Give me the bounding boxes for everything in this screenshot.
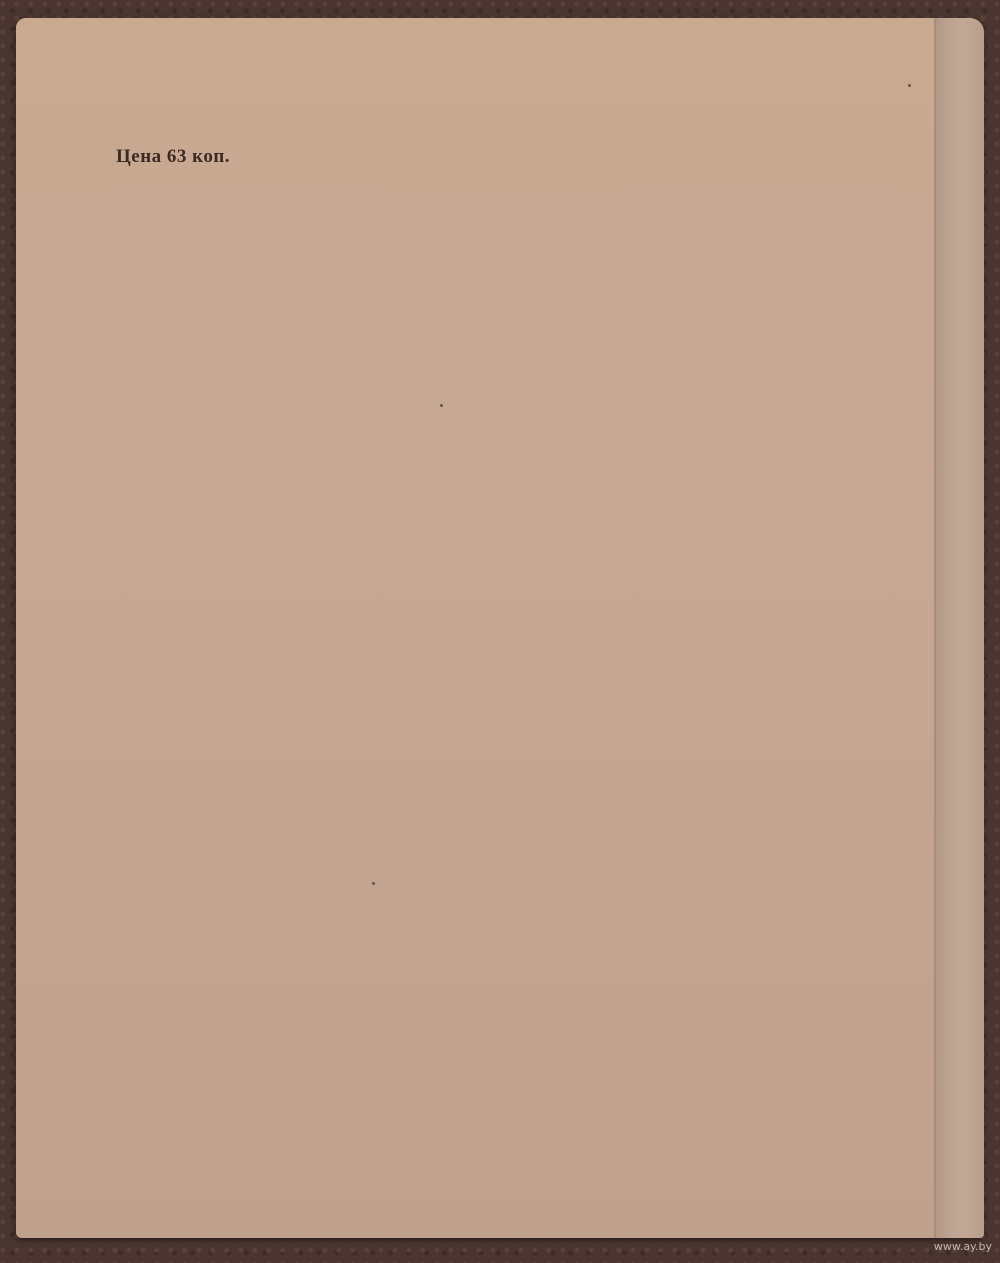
book-back-cover: Цена 63 коп.: [16, 18, 982, 1238]
speck: [372, 882, 375, 885]
cover-board: Цена 63 коп.: [16, 18, 934, 1238]
speck: [908, 84, 911, 87]
book-spine: [934, 18, 984, 1238]
watermark: www.ay.by: [934, 1240, 992, 1253]
price-label: Цена 63 коп.: [116, 146, 230, 168]
speck: [440, 404, 443, 407]
